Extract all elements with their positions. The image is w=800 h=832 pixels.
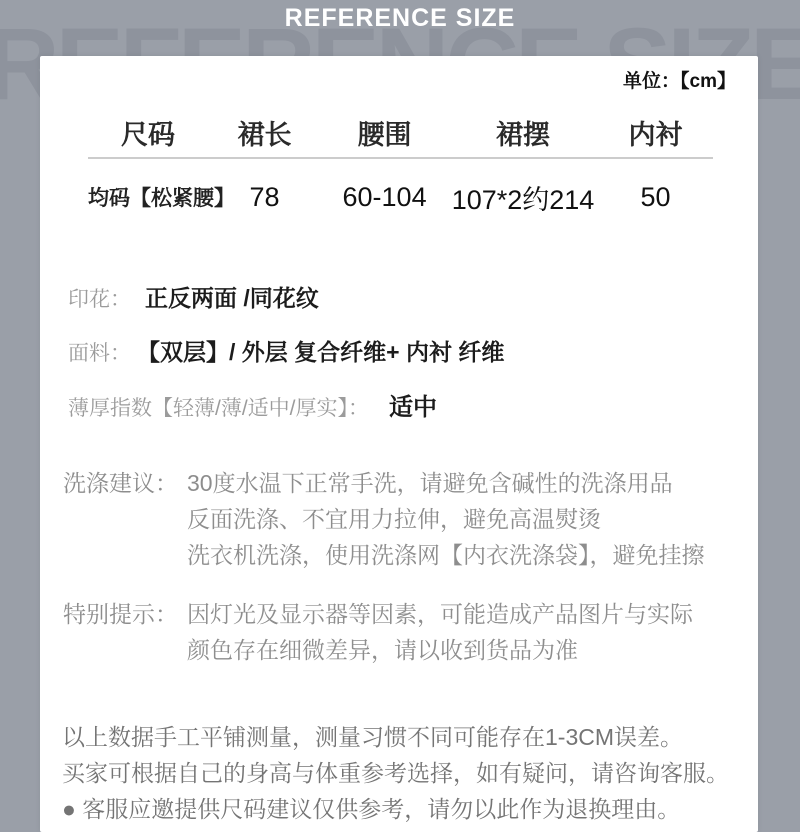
attribute-value: 正反两面 /同花纹 bbox=[145, 284, 319, 312]
attribute-row-print: 印花： 正反两面 /同花纹 bbox=[68, 284, 319, 314]
footer-line: ● 客服应邀提供尺码建议仅供参考，请勿以此作为退换理由。 bbox=[62, 791, 747, 827]
table-header-row: 尺码 裙长 腰围 裙摆 内衬 bbox=[88, 116, 713, 148]
footer-line: 以上数据手工平铺测量，测量习惯不同可能存在1-3CM误差。 bbox=[62, 719, 747, 755]
special-note-line: 颜色存在细微差异，请以收到货品为准 bbox=[187, 632, 693, 668]
wash-advice-block: 洗涤建议： 30度水温下正常手洗，请避免含碱性的洗涤用品 反面洗涤、不宜用力拉伸… bbox=[63, 465, 705, 573]
size-reference-card: 单位：【cm】 尺码 裙长 腰围 裙摆 内衬 均码【松紧腰】 78 60-104… bbox=[40, 56, 758, 832]
attribute-row-fabric: 面料： 【双层】/ 外层 复合纤维+ 内衬 纤维 bbox=[68, 338, 504, 368]
attribute-label: 面料： bbox=[68, 340, 131, 368]
page-background: { "page": { "title": "REFERENCE SIZE", "… bbox=[0, 0, 800, 832]
special-note-lines: 因灯光及显示器等因素，可能造成产品图片与实际 颜色存在细微差异，请以收到货品为准 bbox=[187, 596, 693, 668]
wash-advice-line: 30度水温下正常手洗，请避免含碱性的洗涤用品 bbox=[187, 465, 705, 501]
table-divider bbox=[88, 157, 713, 159]
attribute-label: 薄厚指数【轻薄/薄/适中/厚实】： bbox=[68, 395, 369, 423]
unit-label: 单位：【cm】 bbox=[623, 66, 736, 93]
wash-advice-line: 洗衣机洗涤，使用洗涤网【内衣洗涤袋】，避免挂擦 bbox=[187, 537, 705, 573]
wash-advice-line: 反面洗涤、不宜用力拉伸，避免高温熨烫 bbox=[187, 501, 705, 537]
cell-waist: 60-104 bbox=[321, 182, 448, 213]
header-cell-lining: 内衬 bbox=[598, 113, 713, 152]
special-note-block: 特别提示： 因灯光及显示器等因素，可能造成产品图片与实际 颜色存在细微差异，请以… bbox=[63, 596, 693, 668]
footer-line: 买家可根据自己的身高与体重参考选择，如有疑问，请咨询客服。 bbox=[62, 755, 747, 791]
cell-skirt-length: 78 bbox=[208, 182, 321, 213]
cell-lining: 50 bbox=[598, 182, 713, 213]
wash-advice-lines: 30度水温下正常手洗，请避免含碱性的洗涤用品 反面洗涤、不宜用力拉伸，避免高温熨… bbox=[187, 465, 705, 573]
cell-size: 均码【松紧腰】 bbox=[88, 182, 208, 212]
header-cell-waist: 腰围 bbox=[321, 113, 448, 152]
footer-notes: 以上数据手工平铺测量，测量习惯不同可能存在1-3CM误差。 买家可根据自己的身高… bbox=[62, 719, 747, 827]
header-cell-skirt-length: 裙长 bbox=[208, 113, 321, 152]
special-note-line: 因灯光及显示器等因素，可能造成产品图片与实际 bbox=[187, 596, 693, 632]
attribute-label: 印花： bbox=[68, 286, 131, 314]
header-cell-size: 尺码 bbox=[88, 113, 208, 152]
attribute-value: 适中 bbox=[389, 394, 437, 422]
page-title: REFERENCE SIZE bbox=[0, 4, 800, 33]
wash-advice-label: 洗涤建议： bbox=[63, 465, 187, 501]
table-row: 均码【松紧腰】 78 60-104 107*2约214 50 bbox=[88, 180, 713, 214]
header-cell-hem: 裙摆 bbox=[448, 113, 598, 152]
special-note-label: 特别提示： bbox=[63, 596, 187, 632]
attribute-row-thickness: 薄厚指数【轻薄/薄/适中/厚实】： 适中 bbox=[68, 394, 437, 423]
cell-hem: 107*2约214 bbox=[448, 178, 598, 217]
attribute-value: 【双层】/ 外层 复合纤维+ 内衬 纤维 bbox=[137, 338, 504, 366]
